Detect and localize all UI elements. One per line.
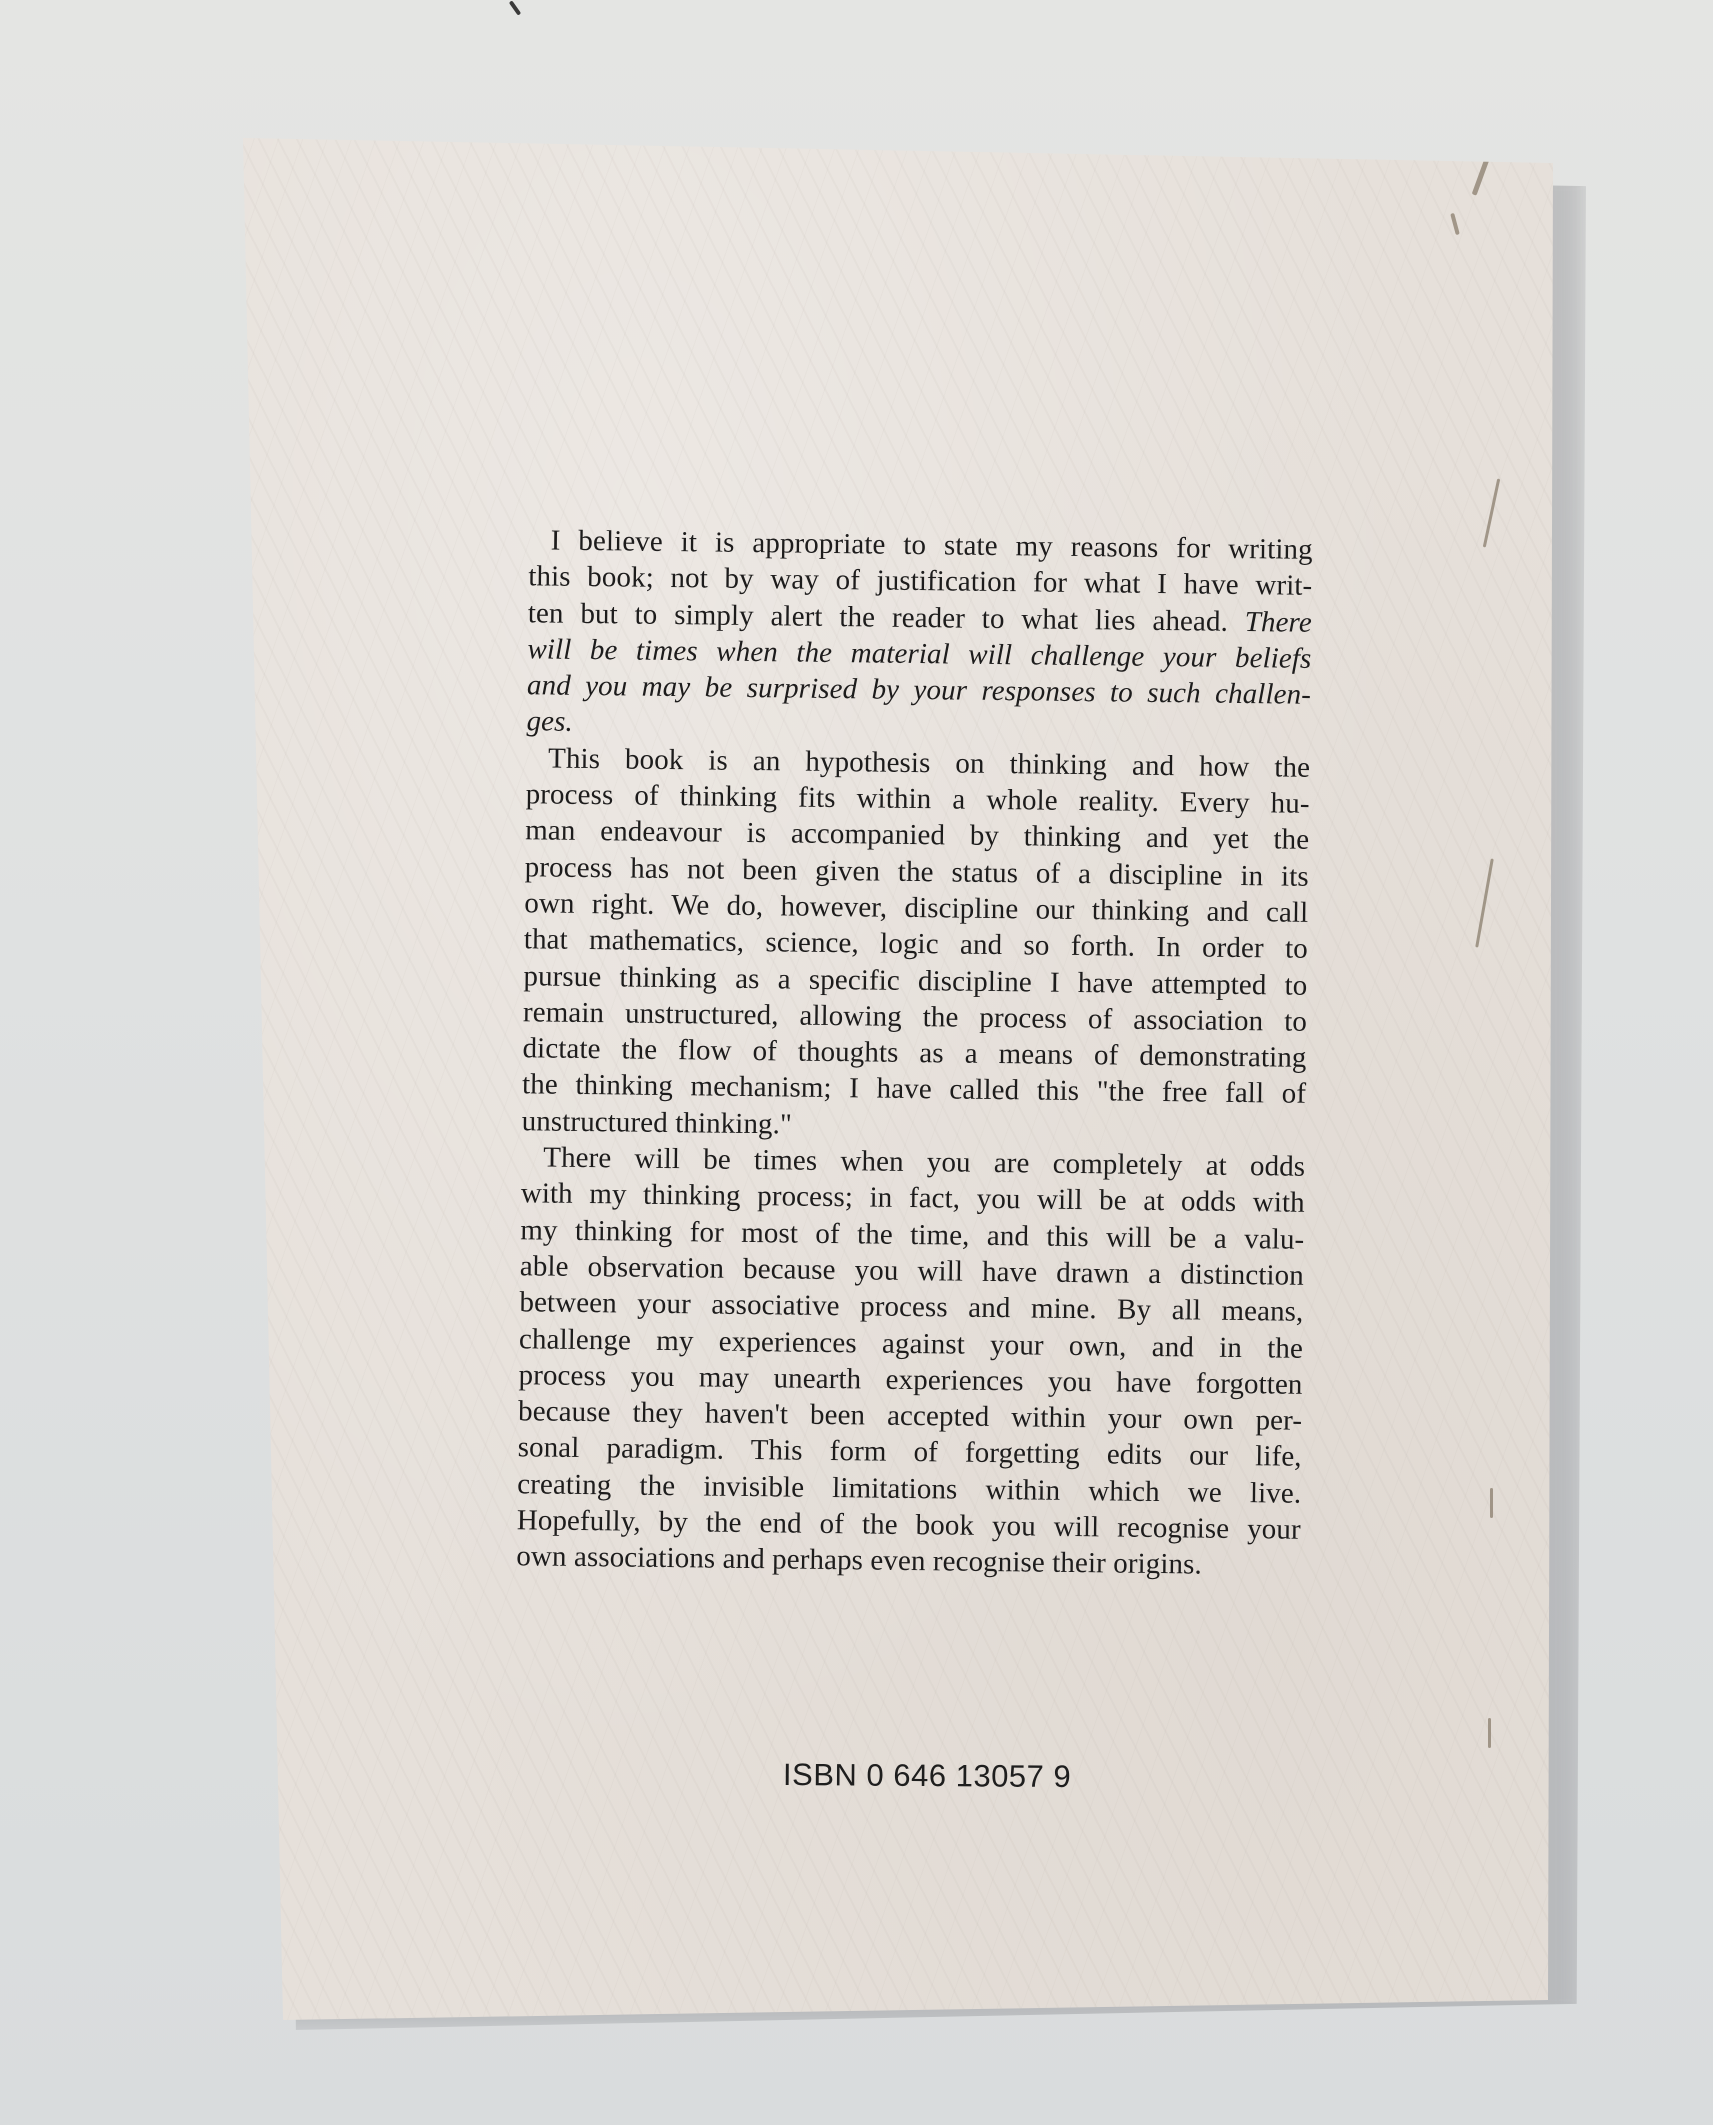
blurb-paragraph-2: This book is an hypothesis on thinking a… bbox=[499, 740, 1310, 1149]
cover-wear-mark bbox=[1475, 858, 1494, 947]
desk-scratch-mark bbox=[509, 0, 521, 15]
cover-wear-mark bbox=[1450, 213, 1460, 235]
blurb-line-italic: There bbox=[1245, 606, 1312, 639]
italic-text: ges. bbox=[526, 706, 573, 739]
blurb-line-roman: ten but to simply alert the reader to wh… bbox=[528, 597, 1245, 638]
photo-scene: I believe it is appropriate to state my … bbox=[0, 0, 1713, 2125]
blurb-paragraph-3: There will be times when you are complet… bbox=[494, 1139, 1305, 1584]
cover-wear-mark bbox=[1483, 478, 1500, 547]
isbn-number: ISBN 0 646 13057 9 bbox=[783, 1757, 1071, 1795]
cover-wear-mark bbox=[1490, 1488, 1493, 1518]
blurb-paragraph-1: I believe it is appropriate to state my … bbox=[504, 522, 1313, 750]
back-cover-blurb: I believe it is appropriate to state my … bbox=[494, 522, 1313, 1584]
cover-wear-mark bbox=[1488, 1718, 1491, 1748]
cover-wear-mark bbox=[1472, 158, 1490, 195]
